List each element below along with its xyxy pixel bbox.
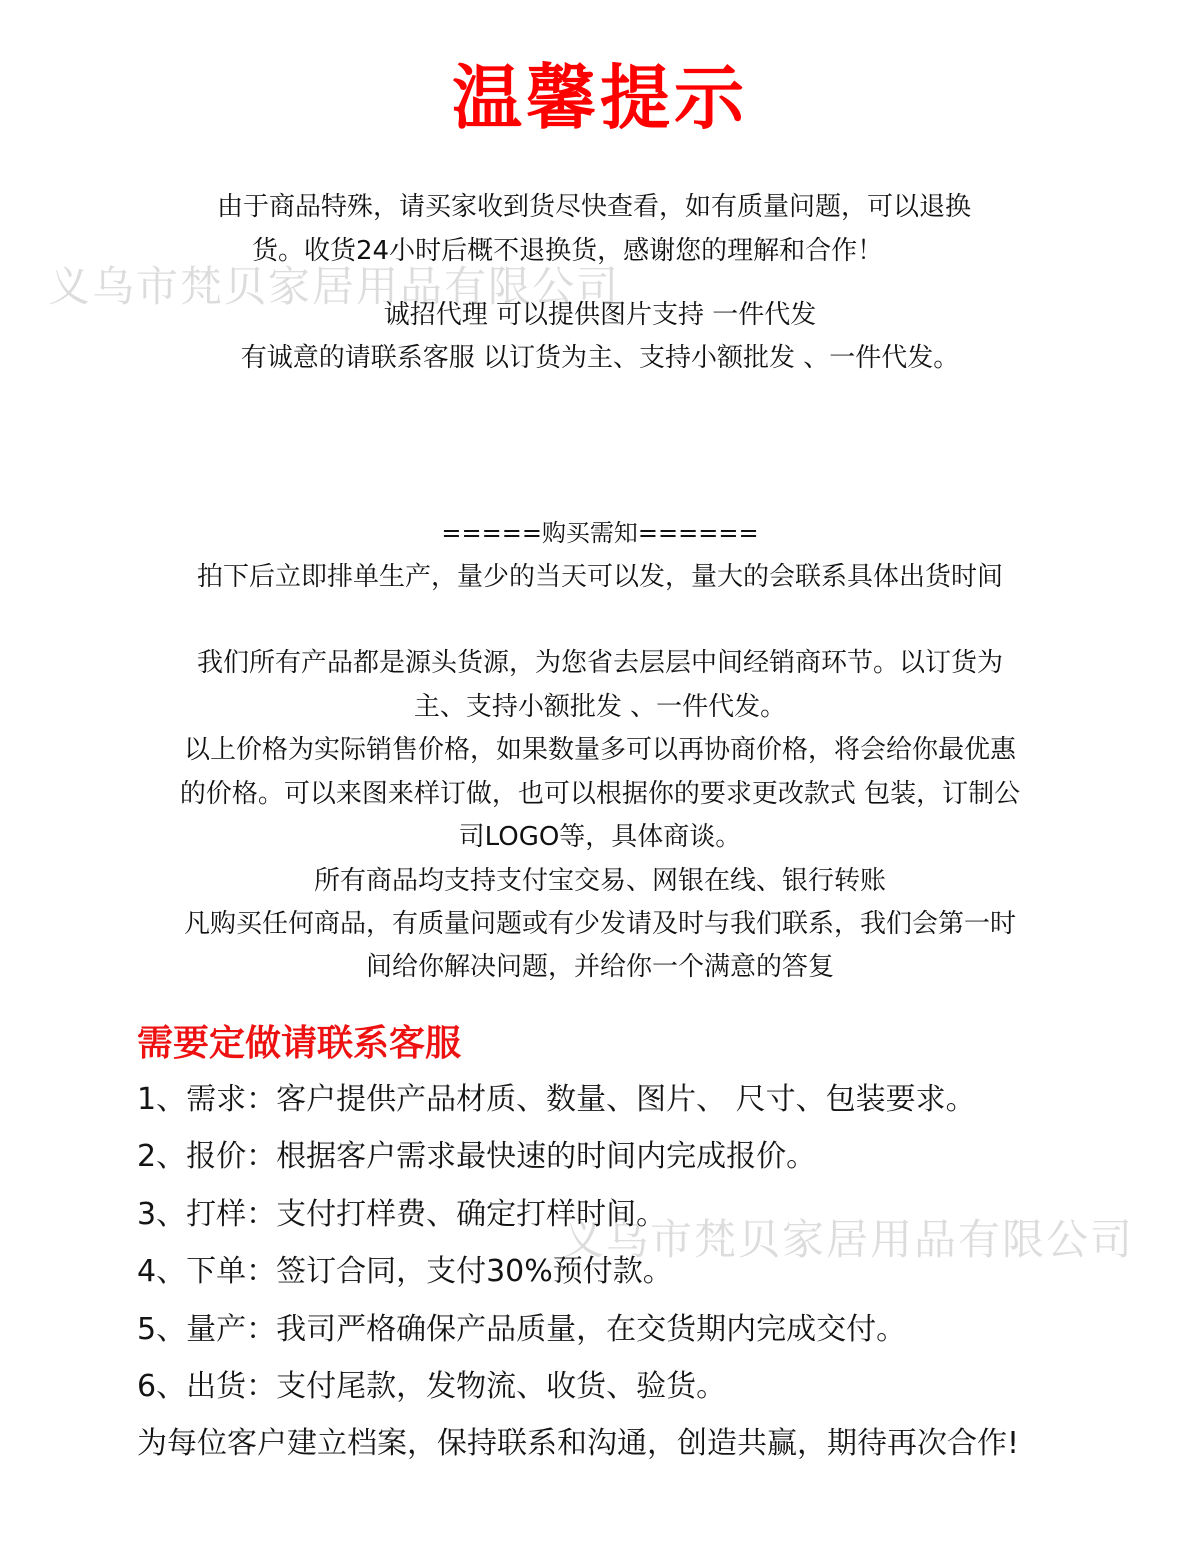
custom-order-heading: 需要定做请联系客服 (137, 1022, 461, 1066)
custom-order-step: 4、下单：签订合同，支付30%预付款。 (137, 1252, 673, 1292)
purchase-info-line: 以上价格为实际销售价格，如果数量多可以再协商价格，将会给你最优惠 (0, 733, 1200, 767)
custom-order-step: 3、打样：支付打样费、确定打样时间。 (137, 1195, 666, 1235)
purchase-info-heading: =====购买需知====== (0, 516, 1200, 550)
purchase-info-line: 主、支持小额批发 、一件代发。 (0, 690, 1200, 724)
notice-line: 由于商品特殊，请买家收到货尽快查看，如有质量问题，可以退换 (217, 190, 971, 224)
custom-order-step: 6、出货：支付尾款，发物流、收货、验货。 (137, 1367, 726, 1407)
custom-order-step: 2、报价：根据客户需求最快速的时间内完成报价。 (137, 1137, 816, 1177)
custom-order-step: 1、需求：客户提供产品材质、数量、图片、 尺寸、包装要求。 (137, 1080, 976, 1120)
purchase-info-line: 的价格。可以来图来样订做，也可以根据你的要求更改款式 包装，订制公 (0, 777, 1200, 811)
page-title: 温馨提示 (0, 55, 1200, 141)
closing-message: 为每位客户建立档案，保持联系和沟通，创造共赢，期待再次合作! (137, 1424, 1019, 1464)
purchase-info-line: 所有商品均支持支付宝交易、网银在线、银行转账 (0, 864, 1200, 898)
purchase-info-line: 拍下后立即排单生产，量少的当天可以发，量大的会联系具体出货时间 (0, 560, 1200, 594)
purchase-info-line: 司LOGO等，具体商谈。 (0, 820, 1200, 854)
purchase-info-line: 我们所有产品都是源头货源，为您省去层层中间经销商环节。以订货为 (0, 646, 1200, 680)
notice-line: 诚招代理 可以提供图片支持 一件代发 (0, 298, 1200, 332)
notice-line: 货。收货24小时后概不退换货，感谢您的理解和合作！ (252, 234, 883, 268)
custom-order-step: 5、量产：我司严格确保产品质量，在交货期内完成交付。 (137, 1310, 906, 1350)
purchase-info-line: 间给你解决问题，并给你一个满意的答复 (0, 950, 1200, 984)
purchase-info-line: 凡购买任何商品，有质量问题或有少发请及时与我们联系，我们会第一时 (0, 907, 1200, 941)
notice-line: 有诚意的请联系客服 以订货为主、支持小额批发 、一件代发。 (0, 341, 1200, 375)
